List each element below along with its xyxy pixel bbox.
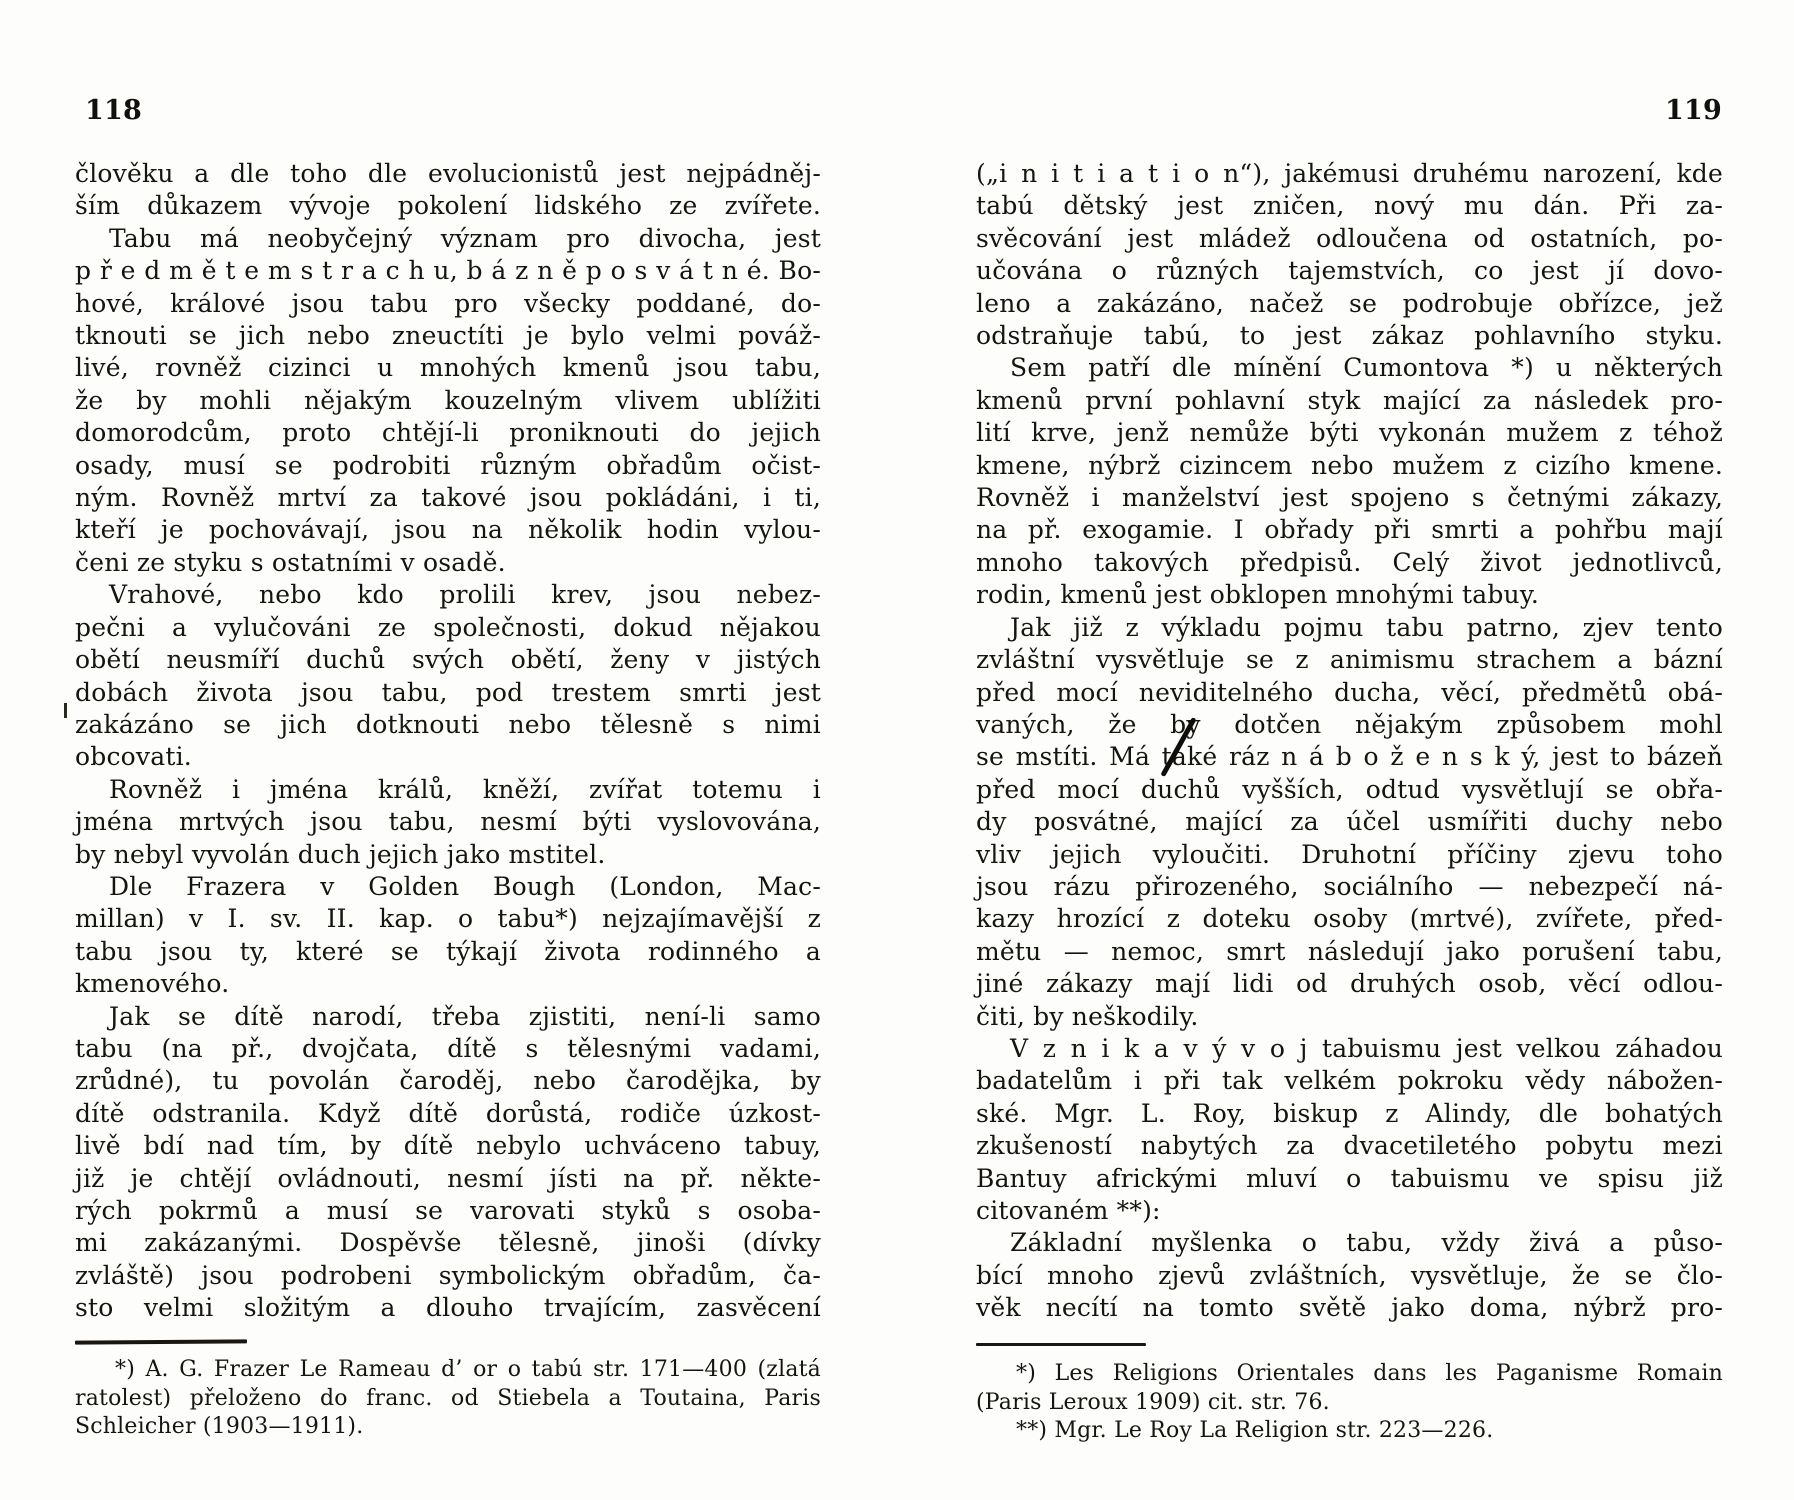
text-line: odstraňuje tabú, to jest zákaz pohlavníh… <box>976 320 1723 352</box>
text-line: jména mrtvých jsou tabu, nesmí býti vysl… <box>75 806 821 838</box>
text-line: domorodcům, proto chtějí-li proniknouti … <box>75 417 821 449</box>
text-line: dobách života jsou tabu, pod trestem smr… <box>75 677 821 709</box>
text-line: čiti, by neškodily. <box>976 1001 1723 1033</box>
text-line: dy posvátné, mající za účel usmířiti duc… <box>976 806 1723 838</box>
text-line: leno a zakázáno, načež se podrobuje obří… <box>976 288 1723 320</box>
text-line: již je chtějí ovládnouti, nesmí jísti na… <box>75 1163 821 1195</box>
text-line: kteří je pochovávají, jsou na několik ho… <box>75 514 821 546</box>
text-line: osady, musí se podrobiti různým obřadům … <box>75 450 821 482</box>
text-line: tabú dětský jest zničen, nový mu dán. Př… <box>976 190 1723 222</box>
text-line: učována o různých tajemstvích, co jest j… <box>976 255 1723 287</box>
text-line: pečni a vylučováni ze společnosti, dokud… <box>75 612 821 644</box>
text-line: Bantuy africkými mluví o tabuismu ve spi… <box>976 1163 1723 1195</box>
text-line: p ř e d m ě t e m s t r a c h u, b á z n… <box>75 255 821 287</box>
page-number-left: 118 <box>85 95 142 126</box>
text-line: citovaném **): <box>976 1195 1723 1227</box>
text-line: mi zakázanými. Dospěvše tělesně, jinoši … <box>75 1227 821 1259</box>
text-line: Jak se dítě narodí, třeba zjistiti, není… <box>75 1001 821 1033</box>
text-line: kmenů první pohlavní styk mající za násl… <box>976 385 1723 417</box>
text-line: jsou rázu přirozeného, sociálního — nebe… <box>976 871 1723 903</box>
text-line: svěcování jest mládež odloučena od ostat… <box>976 223 1723 255</box>
text-line: Rovněž i jména králů, kněží, zvířat tote… <box>75 774 821 806</box>
text-line: *) A. G. Frazer Le Rameau d’ or o tabú s… <box>75 1356 821 1385</box>
margin-mark <box>64 703 67 718</box>
text-line: livě bdí nad tím, by dítě nebylo uchváce… <box>75 1130 821 1162</box>
text-line: kmenového. <box>75 968 821 1000</box>
text-line: jiné zákazy mají lidi od druhých osob, v… <box>976 968 1723 1000</box>
text-line: Tabu má neobyčejný význam pro divocha, j… <box>75 223 821 255</box>
footnote-separator-left <box>75 1339 247 1344</box>
text-line: zvláštní vysvětluje se z animismu strach… <box>976 644 1723 676</box>
text-line: Dle Frazera v Golden Bough (London, Mac- <box>75 871 821 903</box>
text-line: by nebyl vyvolán duch jejich jako mstite… <box>75 839 821 871</box>
text-line: věk necítí na tomto světě jako doma, nýb… <box>976 1292 1723 1324</box>
text-line: ské. Mgr. L. Roy, biskup z Alindy, dle b… <box>976 1098 1723 1130</box>
text-line: Rovněž i manželství jest spojeno s četný… <box>976 482 1723 514</box>
text-line: před mocí neviditelného ducha, věcí, pře… <box>976 677 1723 709</box>
text-line: kazy hrozící z doteku osoby (mrtvé), zví… <box>976 903 1723 935</box>
footnote-block-left: *) A. G. Frazer Le Rameau d’ or o tabú s… <box>75 1356 821 1442</box>
text-line: rodin, kmenů jest obklopen mnohými tabuy… <box>976 579 1723 611</box>
text-line: bící mnoho zjevů zvláštních, vysvětluje,… <box>976 1260 1723 1292</box>
text-line: ným. Rovněž mrtví za takové jsou pokládá… <box>75 482 821 514</box>
text-line: Schleicher (1903—1911). <box>75 1413 821 1442</box>
text-line: člověku a dle toho dle evolucionistů jes… <box>75 158 821 190</box>
text-line: tabu jsou ty, které se týkají života rod… <box>75 936 821 968</box>
text-line: obcovati. <box>75 741 821 773</box>
text-line: (Paris Leroux 1909) cit. str. 76. <box>976 1389 1723 1418</box>
text-line: Sem patří dle mínění Cumontova *) u někt… <box>976 352 1723 384</box>
text-line: („i n i t i a t i o n“), jakémusi druhém… <box>976 158 1723 190</box>
text-line: *) Les Religions Orientales dans les Pag… <box>976 1360 1723 1389</box>
text-line: vaných, že by dotčen nějakým způsobem mo… <box>976 709 1723 741</box>
text-line: obětí neusmíří duchů svých obětí, ženy v… <box>75 644 821 676</box>
text-line: V z n i k a v ý v o j tabuismu jest velk… <box>976 1033 1723 1065</box>
text-line: zrůdné), tu povolán čaroděj, nebo čarodě… <box>75 1065 821 1097</box>
text-line: **) Mgr. Le Roy La Religion str. 223—226… <box>976 1417 1723 1446</box>
text-line: mnoho takových předpisů. Celý život jedn… <box>976 547 1723 579</box>
text-line: dítě odstranila. Když dítě dorůstá, rodi… <box>75 1098 821 1130</box>
text-line: před mocí duchů vyšších, odtud vysvětluj… <box>976 774 1723 806</box>
text-line: Vrahové, nebo kdo prolili krev, jsou neb… <box>75 579 821 611</box>
book-spread-scan: 118 119 člověku a dle toho dle evolucion… <box>0 0 1794 1500</box>
text-line: zkušeností nabytých za dvacetiletého pob… <box>976 1130 1723 1162</box>
text-line: hové, králové jsou tabu pro všecky podda… <box>75 288 821 320</box>
text-line: vliv jejich vyloučiti. Druhotní příčiny … <box>976 839 1723 871</box>
text-line: lití krve, jenž nemůže býti vykonán muže… <box>976 417 1723 449</box>
text-line: sto velmi složitým a dlouho trvajícím, z… <box>75 1292 821 1324</box>
text-line: mětu — nemoc, smrt následují jako poruše… <box>976 936 1723 968</box>
text-line: že by mohli nějakým kouzelným vlivem ubl… <box>75 385 821 417</box>
text-line: kmene, nýbrž cizincem nebo mužem z cizíh… <box>976 450 1723 482</box>
text-line: livé, rovněž cizinci u mnohých kmenů jso… <box>75 352 821 384</box>
text-line: se mstíti. Má také ráz n á b o ž e n s k… <box>976 741 1723 773</box>
text-line: čeni ze styku s ostatními v osadě. <box>75 547 821 579</box>
text-line: rých pokrmů a musí se varovati styků s o… <box>75 1195 821 1227</box>
text-line: ratolest) přeloženo do franc. od Stiebel… <box>75 1385 821 1414</box>
text-line: zvláště) jsou podrobeni symbolickým obřa… <box>75 1260 821 1292</box>
page-118-text-column: člověku a dle toho dle evolucionistů jes… <box>75 158 821 1325</box>
footnote-separator-right <box>976 1343 1146 1346</box>
text-line: ším důkazem vývoje pokolení lidského ze … <box>75 190 821 222</box>
text-line: Základní myšlenka o tabu, vždy živá a pů… <box>976 1227 1723 1259</box>
text-line: millan) v I. sv. II. kap. o tabu*) nejza… <box>75 903 821 935</box>
text-line: badatelům i při tak velkém pokroku vědy … <box>976 1065 1723 1097</box>
text-line: tknouti se jich nebo zneuctíti je bylo v… <box>75 320 821 352</box>
footnote-block-right: *) Les Religions Orientales dans les Pag… <box>976 1360 1723 1446</box>
page-number-right: 119 <box>1640 95 1722 126</box>
text-line: na př. exogamie. I obřady při smrti a po… <box>976 514 1723 546</box>
page-119-text-column: („i n i t i a t i o n“), jakémusi druhém… <box>976 158 1723 1325</box>
text-line: tabu (na př., dvojčata, dítě s tělesnými… <box>75 1033 821 1065</box>
text-line: Jak již z výkladu pojmu tabu patrno, zje… <box>976 612 1723 644</box>
text-line: zakázáno se jich dotknouti nebo tělesně … <box>75 709 821 741</box>
